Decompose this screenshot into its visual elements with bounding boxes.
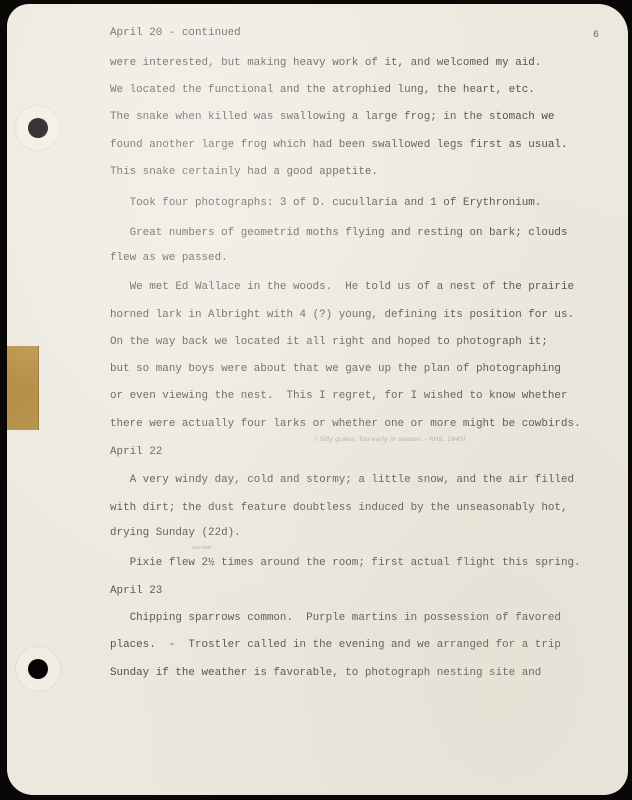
text-line: places. - Trostler called in the evening… [110, 638, 561, 652]
text-line: The snake when killed was swallowing a l… [110, 110, 554, 124]
text-line: On the way back we located it all right … [110, 335, 548, 349]
text-line: This snake certainly had a good appetite… [110, 165, 378, 179]
index-tab [7, 346, 39, 430]
text-line: with dirt; the dust feature doubtless in… [110, 501, 567, 515]
scanned-page: 6 April 20 - continued were interested, … [0, 0, 632, 800]
text-line: horned lark in Albright with 4 (?) young… [110, 308, 574, 322]
text-line: Took four photographs: 3 of D. cucullari… [110, 196, 541, 210]
text-line: Pixie flew 2½ times around the room; fir… [110, 556, 581, 570]
text-line: Great numbers of geometrid moths flying … [110, 226, 567, 240]
entry-date-april-22: April 22 [110, 445, 162, 459]
text-line: A very windy day, cold and stormy; a lit… [110, 473, 574, 487]
text-line: drying Sunday (22d). [110, 526, 241, 540]
text-line: flew as we passed. [110, 251, 228, 265]
entry-date-april-23: April 23 [110, 584, 162, 598]
text-line: We met Ed Wallace in the woods. He told … [110, 280, 574, 294]
hole-icon [28, 118, 48, 138]
punch-hole-top [15, 105, 61, 151]
text-line: Sunday if the weather is favorable, to p… [110, 666, 541, 680]
text-line: found another large frog which had been … [110, 138, 567, 152]
handwritten-annotation: ( Silly guess; Too early in season. - RH… [315, 435, 466, 443]
hole-icon [28, 659, 48, 679]
page-number: 6 [593, 30, 599, 41]
text-line: or even viewing the nest. This I regret,… [110, 389, 567, 403]
punch-hole-bottom [15, 646, 61, 692]
text-line: Chipping sparrows common. Purple martins… [110, 611, 561, 625]
text-line: were interested, but making heavy work o… [110, 56, 541, 70]
handwritten-note-small: sur-bat [192, 545, 211, 551]
text-line: but so many boys were about that we gave… [110, 362, 561, 376]
paper-sheet: 6 April 20 - continued were interested, … [7, 4, 628, 795]
text-line: there were actually four larks or whethe… [110, 417, 581, 431]
entry-heading: April 20 - continued [110, 26, 241, 40]
text-line: We located the functional and the atroph… [110, 83, 535, 97]
